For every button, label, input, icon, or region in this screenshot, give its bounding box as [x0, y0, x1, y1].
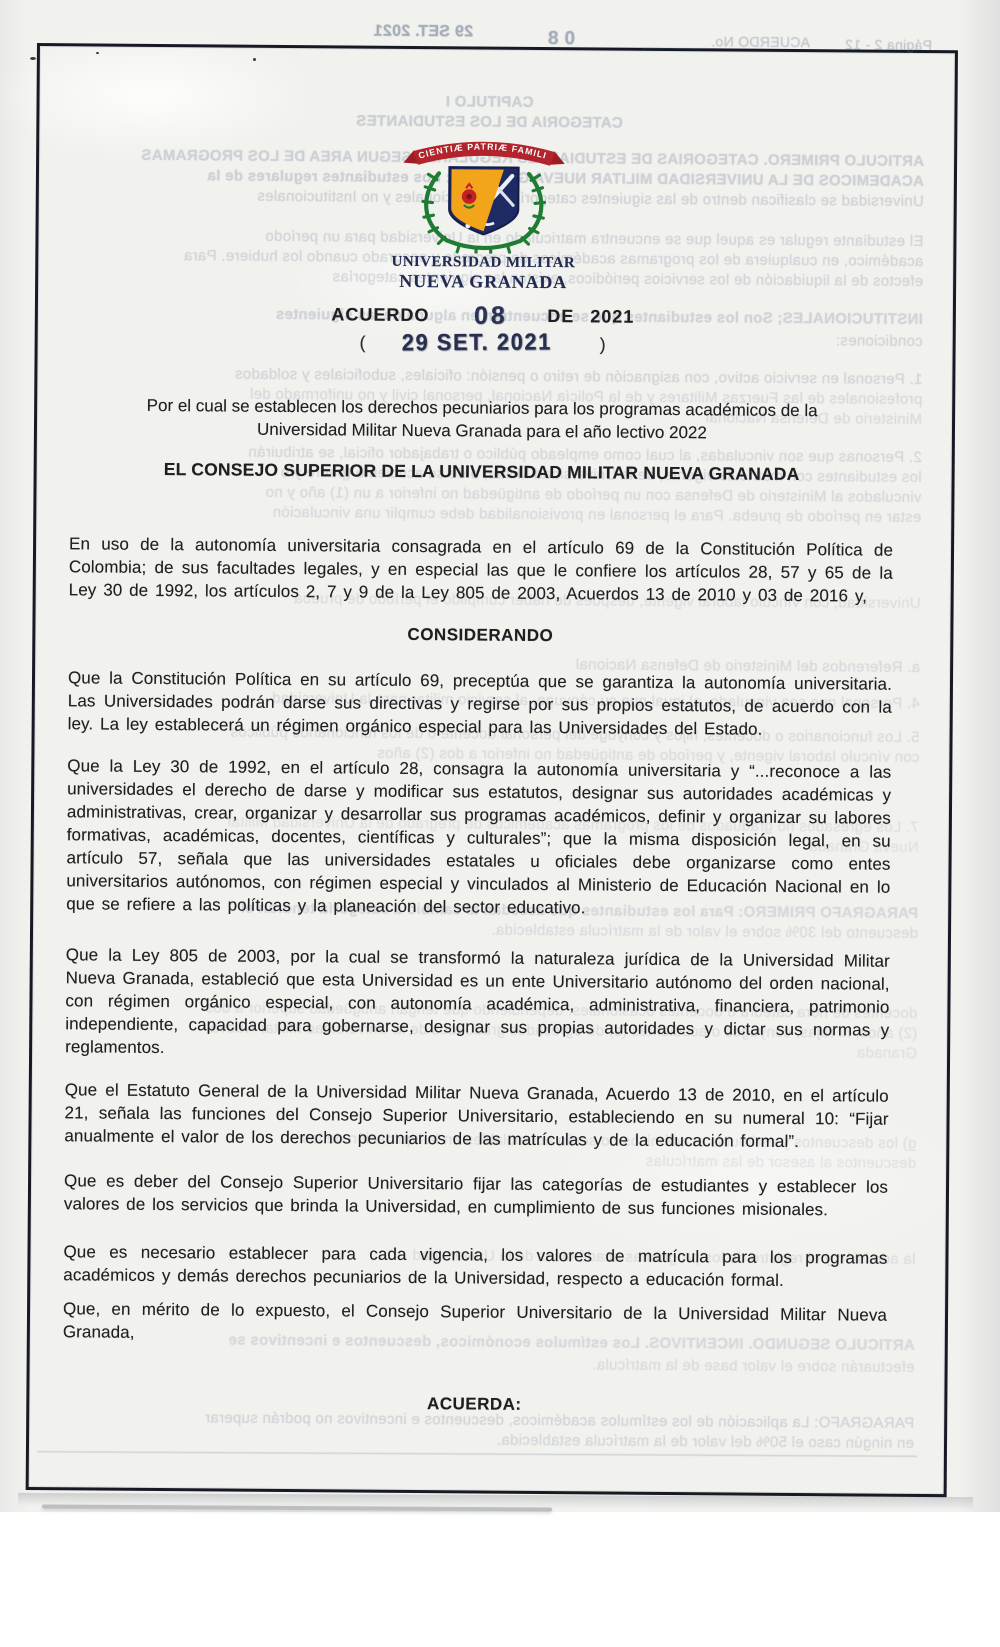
recital-paragraph: Que es deber del Consejo Superior Univer…	[64, 1169, 888, 1221]
subject-paragraph: Por el cual se establecen los derechos p…	[128, 395, 836, 446]
motto-ribbon-icon: SCIENTIÆ PATRIÆ FAMILIÆ	[394, 131, 565, 166]
date-stamp: 29 SET. 2021	[402, 328, 552, 356]
umng-logo: SCIENTIÆ PATRIÆ FAMILIÆ	[71, 128, 896, 295]
acuerda-heading: ACUERDA:	[62, 1391, 886, 1417]
acuerdo-label: ACUERDO	[331, 304, 429, 326]
issuer-heading: EL CONSEJO SUPERIOR DE LA UNIVERSIDAD MI…	[70, 458, 894, 485]
umng-crest: SCIENTIÆ PATRIÆ FAMILIÆ	[394, 131, 573, 254]
recital-paragraph: Que el Estatuto General de la Universida…	[64, 1078, 889, 1153]
page-border-frame: 29 SET. 20210 8ACUERDO No. ________Págin…	[26, 43, 958, 1497]
recital-paragraph: Que es necesario establecer para cada vi…	[63, 1240, 887, 1292]
recital-paragraph: Que la Ley 805 de 2003, por la cual se t…	[65, 943, 890, 1064]
acuerdo-date-row: ( 29 SET. 2021 )	[71, 326, 895, 358]
preamble-paragraph: En uso de la autonomía universitaria con…	[69, 532, 894, 607]
scanned-page: 29 SET. 20210 8ACUERDO No. ________Págin…	[0, 0, 1000, 1647]
open-paren: (	[360, 333, 366, 354]
document-content: SCIENTIÆ PATRIÆ FAMILIÆ	[61, 0, 897, 1518]
considerando-heading: CONSIDERANDO	[68, 622, 892, 648]
shield-icon	[449, 167, 519, 235]
close-paren: )	[600, 334, 606, 355]
recital-paragraph: Que, en mérito de lo expuesto, el Consej…	[63, 1297, 887, 1349]
recital-paragraph: Que la Constitución Política en su artíc…	[68, 666, 893, 741]
acuerdo-number-stamp: 08	[473, 301, 507, 330]
recital-paragraph: Que la Ley 30 de 1992, en el artículo 28…	[66, 754, 891, 921]
acuerdo-year-label: DE 2021	[547, 306, 634, 328]
